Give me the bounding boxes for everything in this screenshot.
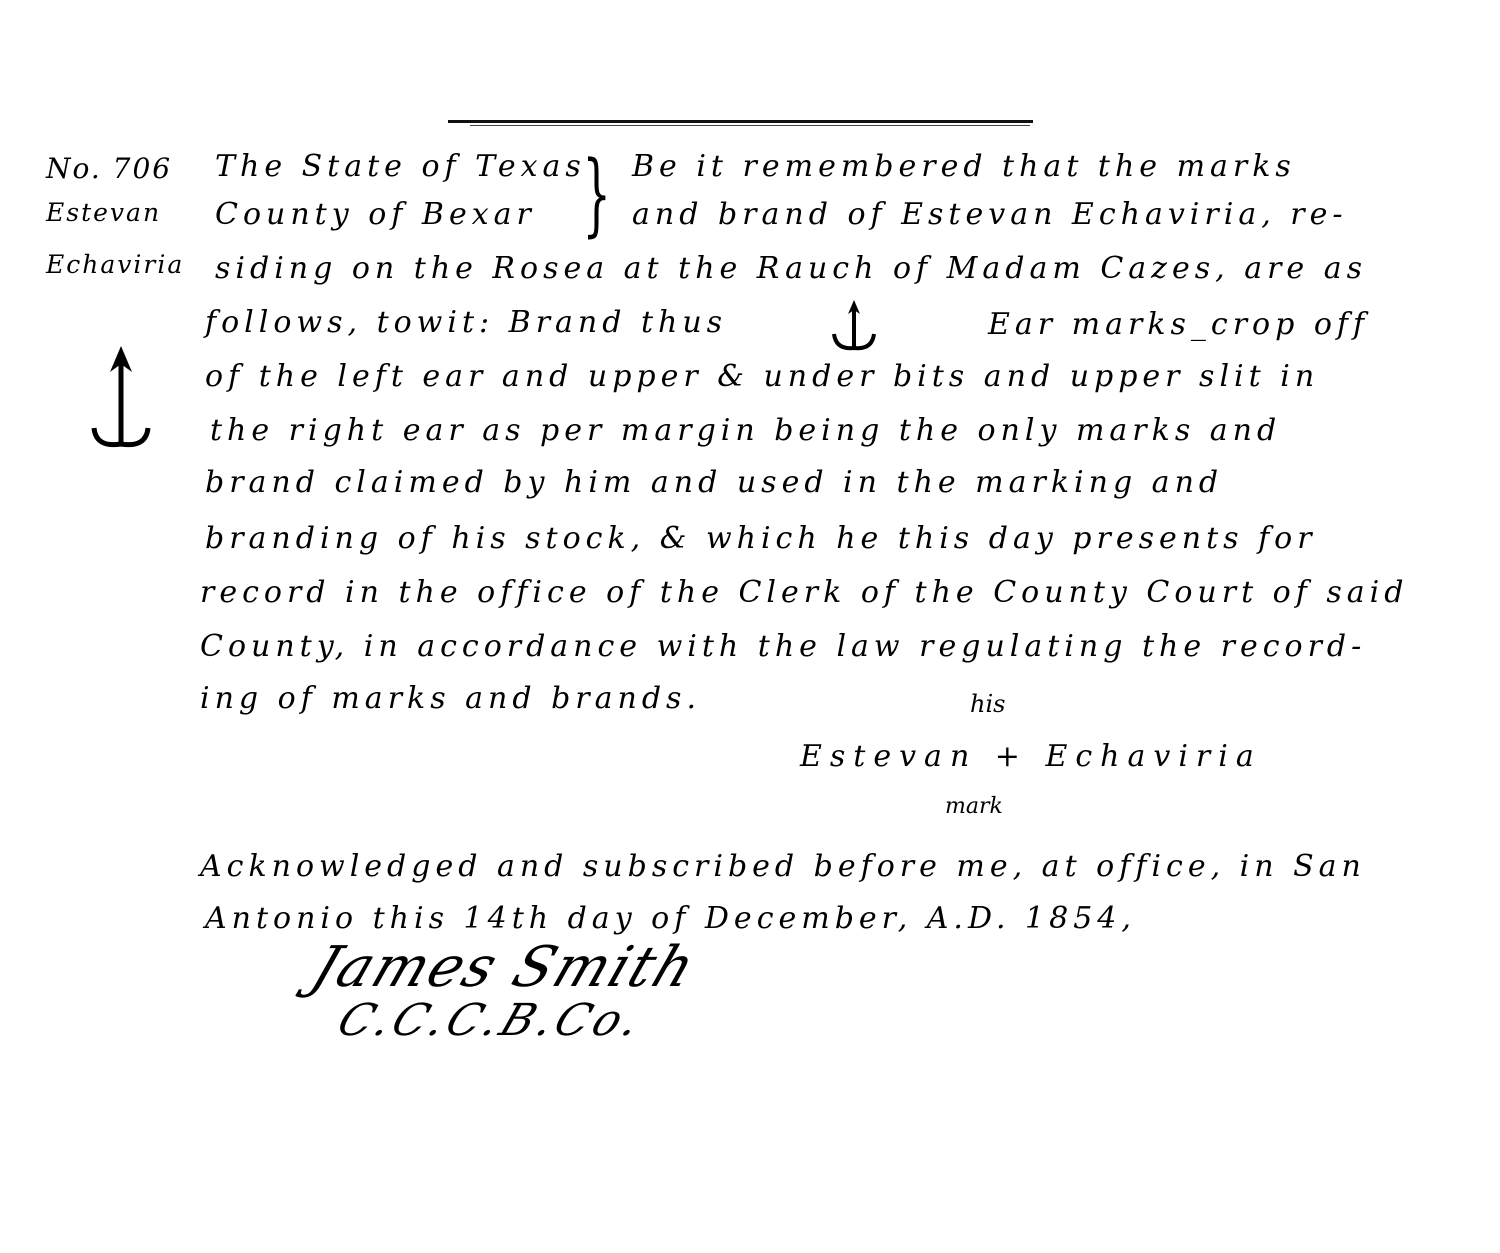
body-line-12: ing of marks and brands. xyxy=(200,684,701,714)
header-rule-thin xyxy=(470,125,1030,126)
body-line-7: the right ear as per margin being the on… xyxy=(210,416,1281,446)
signature-mark: mark xyxy=(945,794,1003,819)
brand-anchor-icon xyxy=(826,296,882,354)
record-number: No. 706 xyxy=(46,152,172,185)
heading-brace: } xyxy=(582,150,611,240)
signature-his: his xyxy=(970,690,1005,718)
acknowledgment-line-2: Antonio this 14th day of December, A.D. … xyxy=(205,904,1136,934)
acknowledgment-line-1: Acknowledged and subscribed before me, a… xyxy=(200,852,1366,882)
body-line-11: County, in accordance with the law regul… xyxy=(200,632,1366,662)
header-rule xyxy=(448,120,1033,123)
body-line-3: siding on the Rosea at the Rauch of Mada… xyxy=(215,254,1367,284)
clerk-title: C.C.C.B.Co. xyxy=(331,995,652,1046)
body-line-8: brand claimed by him and used in the mar… xyxy=(205,468,1223,498)
heading-state: The State of Texas xyxy=(215,152,586,182)
body-line-1: Be it remembered that the marks xyxy=(632,152,1296,182)
body-line-5: Ear marks_crop off xyxy=(988,310,1369,340)
body-line-6: of the left ear and upper & under bits a… xyxy=(205,362,1319,392)
margin-brand-anchor-icon xyxy=(86,342,156,454)
heading-county: County of Bexar xyxy=(215,200,536,230)
signature-name: Estevan + Echaviria xyxy=(800,742,1262,772)
clerk-signature: James Smith xyxy=(303,935,705,1000)
body-line-10: record in the office of the Clerk of the… xyxy=(200,578,1408,608)
body-line-4: follows, towit: Brand thus xyxy=(205,308,727,338)
body-line-9: branding of his stock, & which he this d… xyxy=(205,524,1317,554)
body-line-2: and brand of Estevan Echaviria, re- xyxy=(632,200,1348,230)
margin-name-first: Estevan xyxy=(46,198,161,227)
margin-name-last: Echaviria xyxy=(46,250,184,279)
